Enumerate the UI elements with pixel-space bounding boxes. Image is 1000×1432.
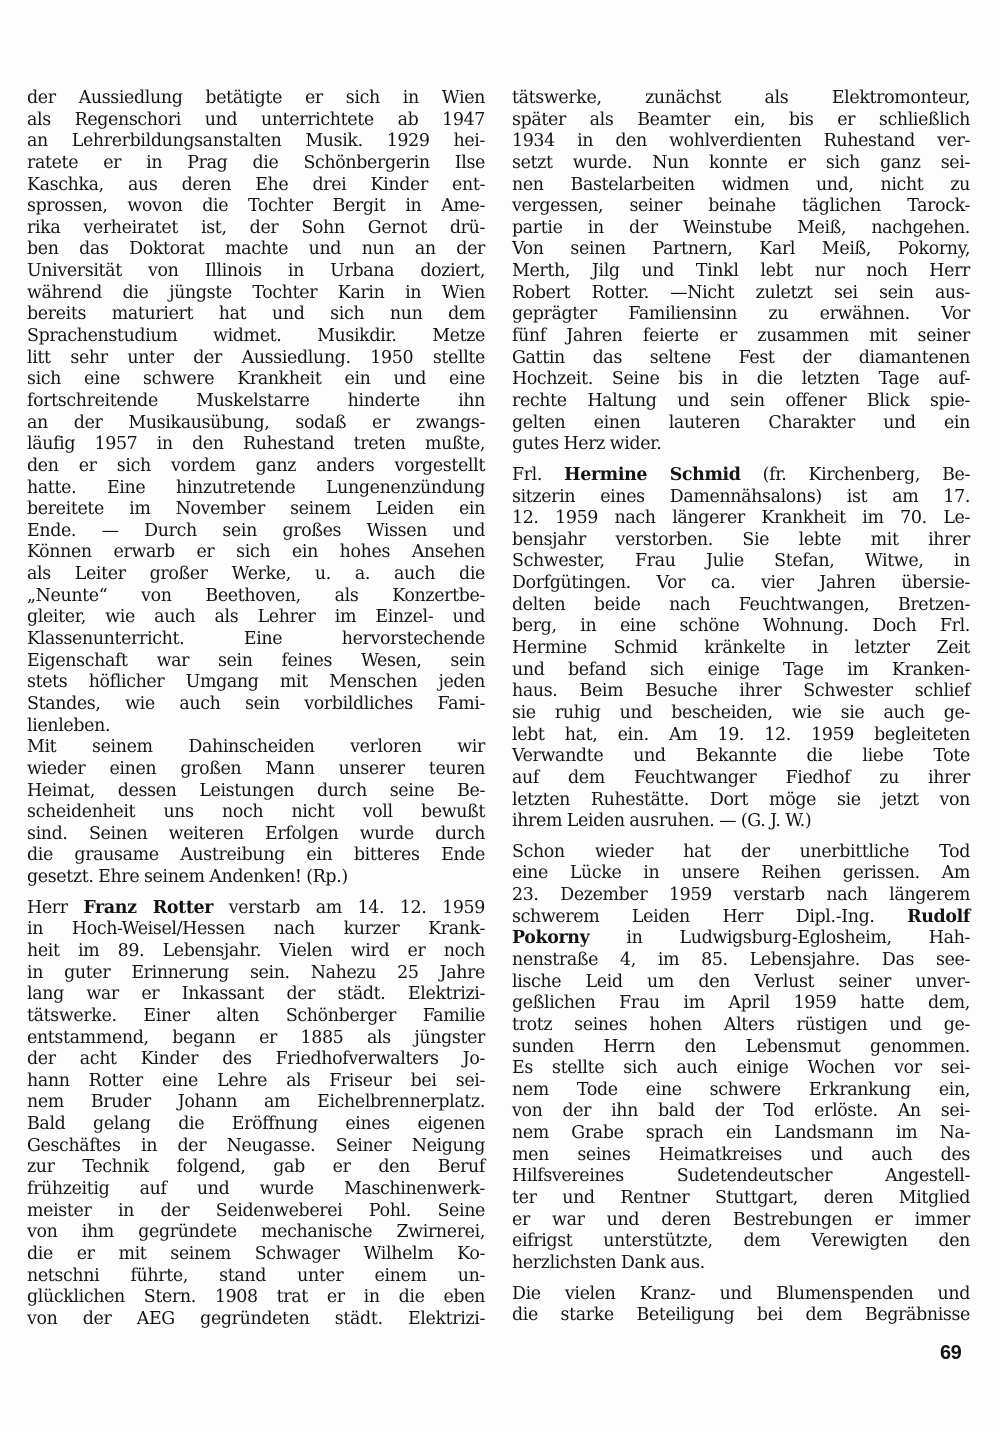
text-line: haus. Beim Besuche ihrer Schwester schli…	[512, 681, 970, 703]
text-line: er war und deren Bestrebungen er immer	[512, 1210, 970, 1232]
text-line: scheidenheit uns noch nicht voll bewußt	[27, 802, 485, 824]
text-line: glücklichen Stern. 1908 trat er in die e…	[27, 1287, 485, 1309]
text-line: den er sich vordem ganz anders vorgestel…	[27, 456, 485, 478]
text-line: bereitete im November seinem Leiden ein	[27, 499, 485, 521]
text-line: Herr Franz Rotter verstarb am 14. 12. 19…	[27, 898, 485, 920]
text-line: nem Bruder Johann am Eichelbrennerplatz.	[27, 1092, 485, 1114]
person-name-rudolf: Rudolf	[907, 907, 970, 927]
text-line: wieder einen großen Mann unserer teuren	[27, 759, 485, 781]
text-line: von der AEG gegründeten städt. Elektrizi…	[27, 1309, 485, 1331]
text-line: sind. Seinen weiteren Erfolgen wurde dur…	[27, 824, 485, 846]
text-line: von ihm gegründete mechanische Zwirnerei…	[27, 1222, 485, 1244]
text-line: lang war er Inkassant der städt. Elektri…	[27, 984, 485, 1006]
text-line: tätswerke. Einer alten Schönberger Famil…	[27, 1006, 485, 1028]
text-line: läufig 1957 in den Ruhestand treten mußt…	[27, 434, 485, 456]
text-line: Können erwarb er sich ein hohes Ansehen	[27, 542, 485, 564]
text-line: trotz seines hohen Alters rüstigen und g…	[512, 1015, 970, 1037]
text-line: Bald gelang die Eröffnung eines eigenen	[27, 1114, 485, 1136]
text-line: partie in der Weinstube Meiß, nachgehen.	[512, 218, 970, 240]
text-line: heit im 89. Lebensjahr. Vielen wird er n…	[27, 941, 485, 963]
text-line: die grausame Austreibung ein bitteres En…	[27, 845, 485, 867]
text-line: Frl. Hermine Schmid (fr. Kirchenberg, Be…	[512, 465, 970, 487]
text-line: eifrigst unterstützte, dem Verewigten de…	[512, 1231, 970, 1253]
text-line: Klassenunterricht. Eine hervorstechende	[27, 629, 485, 651]
text-line: Merth, Jilg und Tinkl lebt nur noch Herr	[512, 261, 970, 283]
paragraph-franz-rotter: Herr Franz Rotter verstarb am 14. 12. 19…	[27, 898, 485, 1331]
text-line: rechte Haltung und sein offener Blick sp…	[512, 391, 970, 413]
text-line: Eigenschaft war sein feines Wesen, sein	[27, 651, 485, 673]
text-line: berg, in eine schöne Wohnung. Doch Frl.	[512, 616, 970, 638]
text-line: gleiter, wie auch als Lehrer im Einzel- …	[27, 607, 485, 629]
text-line: ihrem Leiden ausruhen. — (G. J. W.)	[512, 811, 970, 833]
text-line: später als Beamter ein, bis er schließli…	[512, 110, 970, 132]
text-line: Es stellte sich auch einige Wochen vor s…	[512, 1058, 970, 1080]
text-line: Dorfgütingen. Vor ca. vier Jahren übersi…	[512, 573, 970, 595]
text-line: men seines Heimatkreises und auch des	[512, 1145, 970, 1167]
text-line: in Hoch-Weisel/Hessen nach kurzer Krank-	[27, 919, 485, 941]
left-column: der Aussiedlung betätigte er sich in Wie…	[27, 88, 485, 1331]
text-line: sprossen, wovon die Tochter Bergit in Am…	[27, 196, 485, 218]
text-line: lienleben.	[27, 716, 485, 738]
text-line: hann Rotter eine Lehre als Friseur bei s…	[27, 1071, 485, 1093]
text-line: Hochzeit. Seine bis in die letzten Tage …	[512, 369, 970, 391]
text-line: schwerem Leiden Herr Dipl.-Ing. Rudolf	[512, 907, 970, 929]
text-line: Pokorny in Ludwigsburg-Eglosheim, Hah-	[512, 928, 970, 950]
text-line: frühzeitig auf und wurde Maschinenwerk-	[27, 1179, 485, 1201]
person-name-pokorny: Pokorny	[512, 928, 589, 948]
text-line: Robert Rotter. —Nicht zuletzt sei sein a…	[512, 283, 970, 305]
text-line: Sprachenstudium widmet. Musikdir. Metze	[27, 326, 485, 348]
text-line: gutes Herz wider.	[512, 434, 970, 456]
text-line: Die vielen Kranz- und Blumenspenden und	[512, 1284, 970, 1306]
text-line: setzt wurde. Nun konnte er sich ganz sei…	[512, 153, 970, 175]
text-line: Mit seinem Dahinscheiden verloren wir	[27, 737, 485, 759]
text-line: sunden Herrn den Lebensmut genommen.	[512, 1037, 970, 1059]
text-line: eine Lücke in unsere Reihen gerissen. Am	[512, 863, 970, 885]
text-line: nenstraße 4, im 85. Lebensjahre. Das see…	[512, 950, 970, 972]
text-line: bereits maturiert hat und sich nun dem	[27, 304, 485, 326]
text-line: Verwandte und Bekannte die liebe Tote	[512, 746, 970, 768]
text-line: an Lehrerbildungsanstalten Musik. 1929 h…	[27, 131, 485, 153]
text-line: tätswerke, zunächst als Elektromonteur,	[512, 88, 970, 110]
text-line: vergessen, seiner beinahe täglichen Taro…	[512, 196, 970, 218]
person-name-hermine-schmid: Hermine Schmid	[564, 465, 740, 485]
text-line: als Regenschori und unterrichtete ab 194…	[27, 110, 485, 132]
text-line: hatte. Eine hinzutretende Lungenenzündun…	[27, 478, 485, 500]
text-line: ratete er in Prag die Schönbergerin Ilse	[27, 153, 485, 175]
text-line: fortschreitende Muskelstarre hinderte ih…	[27, 391, 485, 413]
text-line: herzlichsten Dank aus.	[512, 1253, 970, 1275]
text-line: geprägter Familiensinn zu erwähnen. Vor	[512, 304, 970, 326]
text-line: Von seinen Partnern, Karl Meiß, Pokorny,	[512, 239, 970, 261]
text-line: fünf Jahren feierte er zusammen mit sein…	[512, 326, 970, 348]
text-line: und befand sich einige Tage im Kranken-	[512, 660, 970, 682]
document-page: der Aussiedlung betätigte er sich in Wie…	[0, 0, 1000, 1432]
text-line: Schwester, Frau Julie Stefan, Witwe, in	[512, 551, 970, 573]
paragraph-funeral-thanks: Die vielen Kranz- und Blumenspenden undd…	[512, 1284, 970, 1327]
text-line: Ende. — Durch sein großes Wissen und	[27, 521, 485, 543]
text-line: Gattin das seltene Fest der diamantenen	[512, 348, 970, 370]
text-line: 1934 in den wohlverdienten Ruhestand ver…	[512, 131, 970, 153]
text-line: lebt hat, ein. Am 19. 12. 1959 begleitet…	[512, 725, 970, 747]
page-number: 69	[940, 1342, 961, 1365]
text-line: sitzerin eines Damennähsalons) ist am 17…	[512, 487, 970, 509]
text-line: litt sehr unter der Aussiedlung. 1950 st…	[27, 348, 485, 370]
text-line: die er mit seinem Schwager Wilhelm Ko-	[27, 1244, 485, 1266]
text-line: Schon wieder hat der unerbittliche Tod	[512, 842, 970, 864]
text-line: nen Bastelarbeiten widmen und, nicht zu	[512, 175, 970, 197]
text-line: nem Grabe sprach ein Landsmann im Na-	[512, 1123, 970, 1145]
text-line: während die jüngste Tochter Karin in Wie…	[27, 283, 485, 305]
text-line: Hilfsvereines Sudetendeutscher Angestell…	[512, 1166, 970, 1188]
text-line: sich eine schwere Krankheit ein und eine	[27, 369, 485, 391]
text-line: 23. Dezember 1959 verstarb nach längerem	[512, 885, 970, 907]
text-line: 12. 1959 nach längerer Krankheit im 70. …	[512, 508, 970, 530]
text-line: sie ruhig und bescheiden, wie sie auch g…	[512, 703, 970, 725]
text-line: Standes, wie auch sein vorbildliches Fam…	[27, 694, 485, 716]
text-line: bensjahr verstorben. Sie lebte mit ihrer	[512, 530, 970, 552]
text-line: entstammend, begann er 1885 als jüngster	[27, 1028, 485, 1050]
text-line: „Neunte“ von Beethoven, als Konzertbe-	[27, 586, 485, 608]
text-line: als Leiter großer Werke, u. a. auch die	[27, 564, 485, 586]
text-line: letzten Ruhestätte. Dort möge sie jetzt …	[512, 790, 970, 812]
text-line: an der Musikausübung, sodaß er zwangs-	[27, 413, 485, 435]
text-line: der Aussiedlung betätigte er sich in Wie…	[27, 88, 485, 110]
text-line: netschni führte, stand unter einem un-	[27, 1266, 485, 1288]
text-line: rika verheiratet ist, der Sohn Gernot dr…	[27, 218, 485, 240]
text-line: der acht Kinder des Friedhofverwalters J…	[27, 1049, 485, 1071]
text-line: von der ihn bald der Tod erlöste. An sei…	[512, 1101, 970, 1123]
text-line: ter und Rentner Stuttgart, deren Mitglie…	[512, 1188, 970, 1210]
text-line: Heimat, dessen Leistungen durch seine Be…	[27, 781, 485, 803]
text-line: gelten einen lauteren Charakter und ein	[512, 413, 970, 435]
text-line: zur Technik folgend, gab er den Beruf	[27, 1157, 485, 1179]
right-column: tätswerke, zunächst als Elektromonteur,s…	[512, 88, 970, 1327]
text-line: die starke Beteiligung bei dem Begräbnis…	[512, 1305, 970, 1327]
text-line: meister in der Seidenweberei Pohl. Seine	[27, 1201, 485, 1223]
text-line: gesetzt. Ehre seinem Andenken! (Rp.)	[27, 867, 485, 889]
paragraph-franz-rotter-continued: tätswerke, zunächst als Elektromonteur,s…	[512, 88, 970, 456]
text-line: ben das Doktorat machte und nun an der	[27, 239, 485, 261]
text-line: Geschäftes in der Neugasse. Seiner Neigu…	[27, 1136, 485, 1158]
text-line: delten beide nach Feuchtwangen, Bretzen-	[512, 595, 970, 617]
text-line: geßlichen Frau im April 1959 hatte dem,	[512, 993, 970, 1015]
person-name-franz-rotter: Franz Rotter	[83, 898, 213, 918]
text-line: auf dem Feuchtwanger Fiedhof zu ihrer	[512, 768, 970, 790]
paragraph-hermine-schmid: Frl. Hermine Schmid (fr. Kirchenberg, Be…	[512, 465, 970, 833]
text-line: Hermine Schmid kränkelte in letzter Zeit	[512, 638, 970, 660]
paragraph-metze-biography: der Aussiedlung betätigte er sich in Wie…	[27, 88, 485, 737]
text-line: Universität von Illinois in Urbana dozie…	[27, 261, 485, 283]
paragraph-rudolf-pokorny: Schon wieder hat der unerbittliche Todei…	[512, 842, 970, 1275]
text-line: nem Tode eine schwere Erkrankung ein,	[512, 1080, 970, 1102]
text-line: Kaschka, aus deren Ehe drei Kinder ent-	[27, 175, 485, 197]
text-line: in guter Erinnerung sein. Nahezu 25 Jahr…	[27, 963, 485, 985]
text-line: stets höflicher Umgang mit Menschen jede…	[27, 672, 485, 694]
text-line: lische Leid um den Verlust seiner unver-	[512, 972, 970, 994]
paragraph-metze-tribute: Mit seinem Dahinscheiden verloren wirwie…	[27, 737, 485, 888]
